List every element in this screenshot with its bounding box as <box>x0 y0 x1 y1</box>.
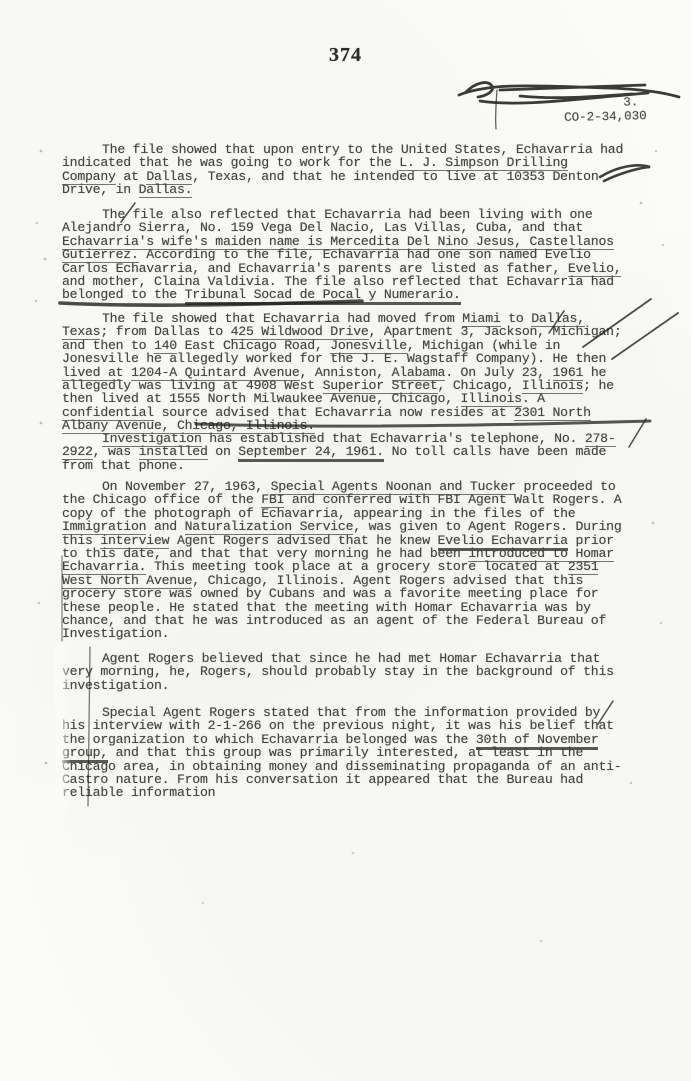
text-run: According to the file, Echavarria had on… <box>62 247 591 275</box>
paragraph-fbi-conference: On November 27, 1963, Special Agents Noo… <box>62 480 624 641</box>
underlined-text: Dallas. <box>139 182 193 198</box>
text-run: and that this group was primarily intere… <box>62 745 621 800</box>
paragraph-organization: Special Agent Rogers stated that from th… <box>62 706 624 800</box>
text-run: Agent Rogers believed that since he had … <box>62 651 614 693</box>
paragraph-entry-employment: The file showed that upon entry to the U… <box>62 143 624 197</box>
underlined-text: September 24, 1961. <box>238 444 384 462</box>
underlined-text: Tribunal Socad de Pocal y Numerario. <box>185 287 461 305</box>
scan-fade-artifact <box>55 644 72 814</box>
paragraph-family-background: The file also reflected that Echavarria … <box>62 208 624 302</box>
paragraph-residence-history: The file showed that Echavarria had move… <box>62 312 624 433</box>
document-page: 374 3. CO-2-34,030 The file showed that … <box>0 0 691 1081</box>
text-run: The file also reflected that Echavarria … <box>62 207 592 235</box>
document-body: The file showed that upon entry to the U… <box>0 0 691 1081</box>
text-run: on <box>208 444 239 459</box>
scan-noise-speckles <box>0 0 2 2</box>
paragraph-telephone: Investigation has established that Echav… <box>62 432 624 472</box>
scanned-content: 374 3. CO-2-34,030 The file showed that … <box>0 0 691 1081</box>
paragraph-rogers-background: Agent Rogers believed that since he had … <box>62 652 624 692</box>
